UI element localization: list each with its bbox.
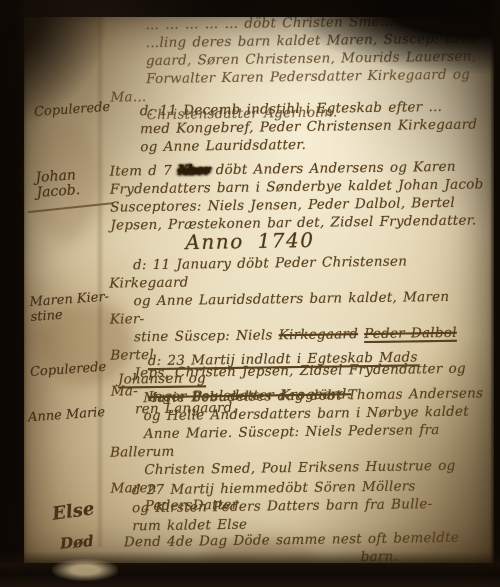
handwriting-text: Item d 7 — [110, 163, 179, 180]
margin-note: Copulerede — [30, 359, 117, 380]
margin-note: Maren Kier-stine — [29, 289, 117, 325]
entry-text: d 27 Martij hiemmedöbt Sören Möllersog K… — [110, 476, 485, 535]
entry-text: Item d 7 Xber döbt Anders Andersens og K… — [110, 157, 485, 234]
handwriting-text: d: 11 January döbt Peder Christensen Kir… — [109, 253, 407, 291]
handwriting-text: Dend 4de Dag Döde samme nest oft bemeldt… — [124, 530, 459, 551]
entry-text: d: 11 Decemb indstihl i Egteskab efter …… — [110, 97, 485, 156]
handwriting-blot: Xber — [178, 162, 210, 178]
handwriting-text: og Kirsten Peders Datters barn fra Bulle… — [132, 496, 433, 516]
photo-border-right — [490, 0, 500, 587]
entry-baptism-johan-jacob: JohanJacob.Item d 7 Xber döbt Anders And… — [0, 160, 500, 232]
handwriting-underline: d: 23 Martij indladt i Egteskab Mads Joh… — [118, 349, 418, 387]
handwriting-text: og Anne Lauridsdatters barn kaldet, Mare… — [110, 289, 450, 328]
handwriting-text: stine Süscep: Niels — [134, 327, 279, 345]
entry-baptism-else: Elsed 27 Martij hiemmedöbt Sören Möllers… — [0, 479, 500, 533]
handwriting-text: med Kongebref, Peder Christensen Kirkega… — [140, 116, 477, 137]
photo-border-left — [0, 0, 26, 587]
paper-fragment-bottom-left — [52, 559, 118, 581]
register-page-photo: … … … … … döbt Christen Sme……ling deres … — [0, 0, 500, 587]
handwriting-struckul: Peder Dalbol — [364, 325, 457, 342]
handwriting-text: Anne Marie. Süscept: Niels Pedersen fra … — [110, 422, 440, 461]
photo-border-top — [0, 0, 500, 17]
handwriting-text: og Anne Lauridsdatter. — [140, 137, 306, 155]
handwriting-struck: Kirkegaard — [279, 326, 359, 343]
margin-note: Copulerede — [34, 99, 121, 120]
entry-marriage-dec-11: Copulereded: 11 Decemb indstihl i Egtesk… — [0, 100, 500, 154]
